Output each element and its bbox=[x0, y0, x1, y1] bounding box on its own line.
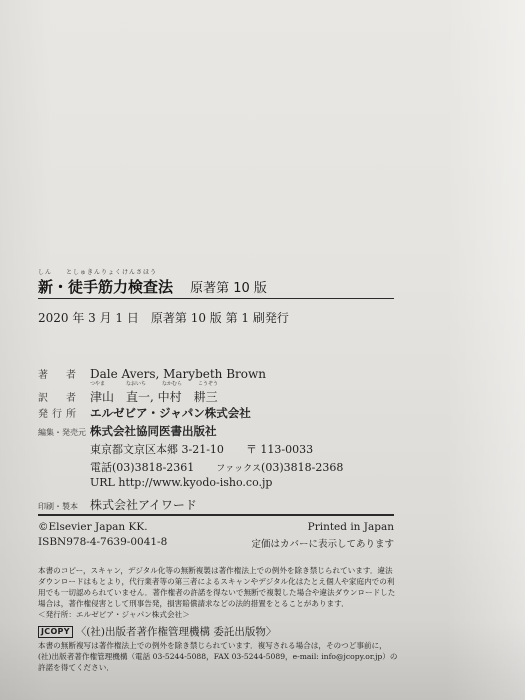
jcopy-notice: 本書の無断複写は著作権法上での例外を除き禁じられています．複写される場合は，その… bbox=[38, 640, 398, 673]
printed-in: Printed in Japan bbox=[308, 521, 394, 533]
credit-printer: 印刷・製本 株式会社アイワード bbox=[38, 496, 197, 513]
copyright-notice: ©Elsevier Japan KK. bbox=[38, 521, 148, 533]
credit-distributor: 編集・発売元 株式会社協同医書出版社 bbox=[38, 423, 217, 439]
credit-translator: 訳 者 津山 直一, 中村 耕三 bbox=[38, 388, 218, 405]
credit-author: 著 者 Dale Avers, Marybeth Brown bbox=[38, 366, 266, 381]
postal-code: 〒 113-0033 bbox=[246, 443, 313, 456]
publication-date: 2020 年 3 月 1 日 原著第 10 版 第 1 刷発行 bbox=[38, 309, 289, 326]
jcopy-logo: JCOPY bbox=[38, 626, 73, 638]
scan-notice-publisher: ＜発行所：エルゼビア・ジャパン株式会社＞ bbox=[38, 609, 398, 620]
credit-label: 著 者 bbox=[38, 366, 90, 381]
translator-names: 津山 直一, 中村 耕三 bbox=[90, 388, 218, 405]
credit-label: 印刷・製本 bbox=[38, 501, 90, 512]
scan-notice-body: 本書のコピー，スキャン，デジタル化等の無断複製は著作権法上での例外を除き禁じられ… bbox=[38, 565, 398, 609]
distributor-name: 株式会社協同医書出版社 bbox=[90, 423, 217, 439]
credit-publisher: 発行所 エルゼビア・ジャパン株式会社 bbox=[38, 405, 251, 421]
credit-label: 発行所 bbox=[38, 405, 90, 420]
book-title: 新・徒手筋力検査法 bbox=[38, 278, 173, 296]
fax-number: (03)3818-2368 bbox=[261, 461, 343, 474]
contact-line: 電話(03)3818-2361ファックス(03)3818-2368 bbox=[90, 459, 343, 475]
title-divider bbox=[38, 298, 394, 299]
jcopy-heading-row: JCOPY〈(社)出版者著作権管理機構 委託出版物〉 bbox=[38, 624, 276, 639]
publisher-name: エルゼビア・ジャパン株式会社 bbox=[90, 405, 251, 421]
printing-divider bbox=[38, 514, 394, 516]
phone-number: 電話(03)3818-2361 bbox=[90, 461, 194, 474]
author-names: Dale Avers, Marybeth Brown bbox=[90, 367, 266, 381]
credit-label: 編集・発売元 bbox=[38, 427, 90, 438]
title-ruby: しん としゅきんりょくけんさほう bbox=[38, 267, 157, 276]
street-address: 東京都文京区本郷 3-21-10 bbox=[90, 443, 224, 456]
credit-label: 訳 者 bbox=[38, 389, 90, 404]
book-title-row: 新・徒手筋力検査法 原著第 10 版 bbox=[38, 276, 267, 297]
fax-label: ファックス bbox=[216, 464, 261, 474]
isbn: ISBN978-4-7639-0041-8 bbox=[38, 536, 167, 548]
jcopy-heading: 〈(社)出版者著作権管理機構 委託出版物〉 bbox=[76, 626, 277, 638]
website-url: URL http://www.kyodo-isho.co.jp bbox=[90, 476, 272, 489]
scan-notice: 本書のコピー，スキャン，デジタル化等の無断複製は著作権法上での例外を除き禁じられ… bbox=[38, 565, 398, 620]
address-line: 東京都文京区本郷 3-21-10〒 113-0033 bbox=[90, 441, 313, 457]
book-edition: 原著第 10 版 bbox=[190, 281, 267, 296]
price-note: 定価はカバーに表示してあります bbox=[251, 536, 394, 550]
printer-name: 株式会社アイワード bbox=[90, 496, 197, 513]
